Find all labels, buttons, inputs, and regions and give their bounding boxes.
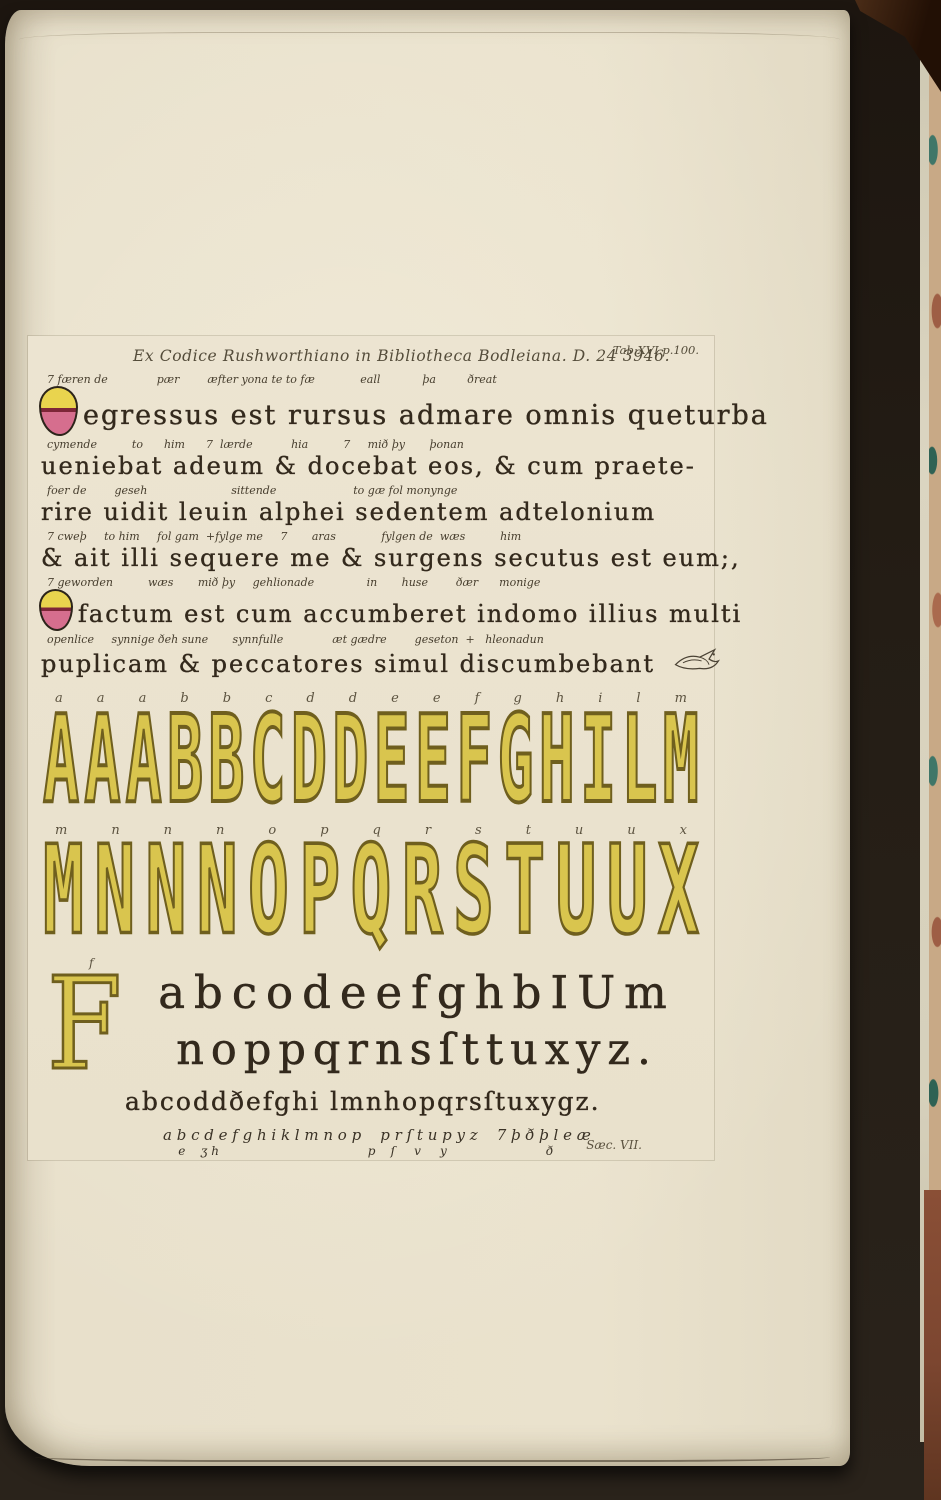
gloss-line: 7 cweþ to him fol gam +fylge me 7 aras f… — [47, 531, 701, 543]
display-letter: P — [299, 832, 340, 954]
display-alphabet-row-2: MNNNOPQRSTUUX — [41, 838, 701, 948]
plate-caption: Ex Codice Rushworthiano in Bibliotheca B… — [133, 347, 670, 365]
plate-caption-row: Ex Codice Rushworthiano in Bibliotheca B… — [41, 346, 701, 374]
display-letter: A — [43, 701, 79, 821]
display-letter: N — [146, 832, 187, 954]
decorated-initial-icon — [39, 589, 73, 631]
display-letter: O — [248, 832, 289, 954]
display-letter: G — [497, 701, 533, 821]
book-photograph: Ex Codice Rushworthiano in Bibliotheca B… — [0, 0, 941, 1500]
main-text-line: factum est cum accumberet indomo illius … — [41, 589, 701, 631]
minuscule-alphabet-line: abcoddðefghi lmnhopqrsſtuxygz. — [125, 1086, 701, 1118]
display-letter: E — [415, 701, 451, 821]
facsimile-plate: Ex Codice Rushworthiano in Bibliotheca B… — [28, 336, 714, 1160]
display-letter: Q — [351, 832, 392, 954]
display-letter: M — [663, 701, 699, 821]
display-letter: N — [197, 832, 238, 954]
display-letter: C — [250, 701, 286, 821]
verse-block: 7 færen de pær æfter yona te to fæ eall … — [41, 374, 701, 436]
display-letter: U — [556, 832, 597, 954]
marbled-endpaper — [929, 58, 941, 1208]
display-letter: D — [291, 701, 327, 821]
main-text-line: egressus est rursus admare omnis queturb… — [41, 386, 701, 436]
display-letter: M — [43, 832, 84, 954]
display-letter: D — [332, 701, 368, 821]
initial-f: f F — [41, 964, 133, 1082]
main-text: ueniebat adeum & docebat eos, & cum prae… — [41, 452, 696, 480]
main-text: factum est cum accumberet indomo illius … — [78, 600, 742, 628]
main-text-line: & ait illi sequere me & surgens secutus … — [41, 543, 701, 574]
main-text-line: rire uidit leuin alphei sedentem adtelon… — [41, 497, 701, 528]
tab-reference: Tab:XVI.p.100. — [613, 343, 699, 357]
display-letter: U — [607, 832, 648, 954]
display-letter: L — [621, 701, 657, 821]
gloss-line: cymende to him 7 lærde hia 7 mið þy þona… — [47, 439, 701, 451]
saeculum-label: Sæc. VII. — [586, 1138, 642, 1152]
verse-block: foer de geseh sittende to gæ fol monynge… — [41, 485, 701, 528]
main-text: egressus est rursus admare omnis queturb… — [83, 400, 769, 431]
display-letter: N — [94, 832, 135, 954]
gloss-line: 7 færen de pær æfter yona te to fæ eall … — [47, 374, 701, 386]
display-letter: I — [580, 701, 616, 821]
display-letter: E — [374, 701, 410, 821]
display-letter: B — [208, 701, 244, 821]
gloss-line: 7 geworden wæs mið þy gehlionade in huse… — [47, 577, 701, 589]
display-letter: F — [456, 701, 492, 821]
display-letter: A — [126, 701, 162, 821]
bird-sketch-icon — [671, 646, 721, 682]
fore-edge-page-block — [846, 26, 922, 1478]
gloss-line: openlice synnige ðeh sune synnfulle æt g… — [47, 634, 701, 646]
decorated-initial-icon — [39, 386, 78, 436]
manuscript-text: 7 færen de pær æfter yona te to fæ eall … — [41, 374, 701, 682]
half-uncial-line-1: abcodeefghbIUm — [133, 964, 701, 1022]
display-alphabet-row-1: AAABBCDDEEFGHILM — [41, 706, 701, 816]
display-letter: S — [453, 832, 494, 954]
main-text: rire uidit leuin alphei sedentem adtelon… — [41, 498, 656, 526]
display-letter: A — [84, 701, 120, 821]
main-text-line: puplicam & peccatores simul discumbebant — [41, 646, 701, 682]
half-uncial-section: f F abcodeefghbIUm noppqrnsſttuxyz. — [41, 964, 701, 1082]
display-letter: H — [539, 701, 575, 821]
display-letter: X — [658, 832, 699, 954]
initial-f-glyph: F — [47, 964, 122, 1087]
main-text-line: ueniebat adeum & docebat eos, & cum prae… — [41, 451, 701, 482]
display-letter: B — [167, 701, 203, 821]
verse-block: 7 cweþ to him fol gam +fylge me 7 aras f… — [41, 531, 701, 574]
verse-block: cymende to him 7 lærde hia 7 mið þy þona… — [41, 439, 701, 482]
verse-block: openlice synnige ðeh sune synnfulle æt g… — [41, 634, 701, 682]
leather-board-edge — [924, 1190, 941, 1500]
half-uncial-lines: abcodeefghbIUm noppqrnsſttuxyz. — [133, 964, 701, 1082]
main-text: & ait illi sequere me & surgens secutus … — [41, 544, 741, 572]
gloss-line: foer de geseh sittende to gæ fol monynge — [47, 485, 701, 497]
display-letter: R — [402, 832, 443, 954]
main-text: puplicam & peccatores simul discumbebant — [41, 650, 655, 678]
half-uncial-line-2: noppqrnsſttuxyz. — [133, 1022, 701, 1078]
display-letter: T — [504, 832, 545, 954]
verse-block: 7 geworden wæs mið þy gehlionade in huse… — [41, 577, 701, 631]
